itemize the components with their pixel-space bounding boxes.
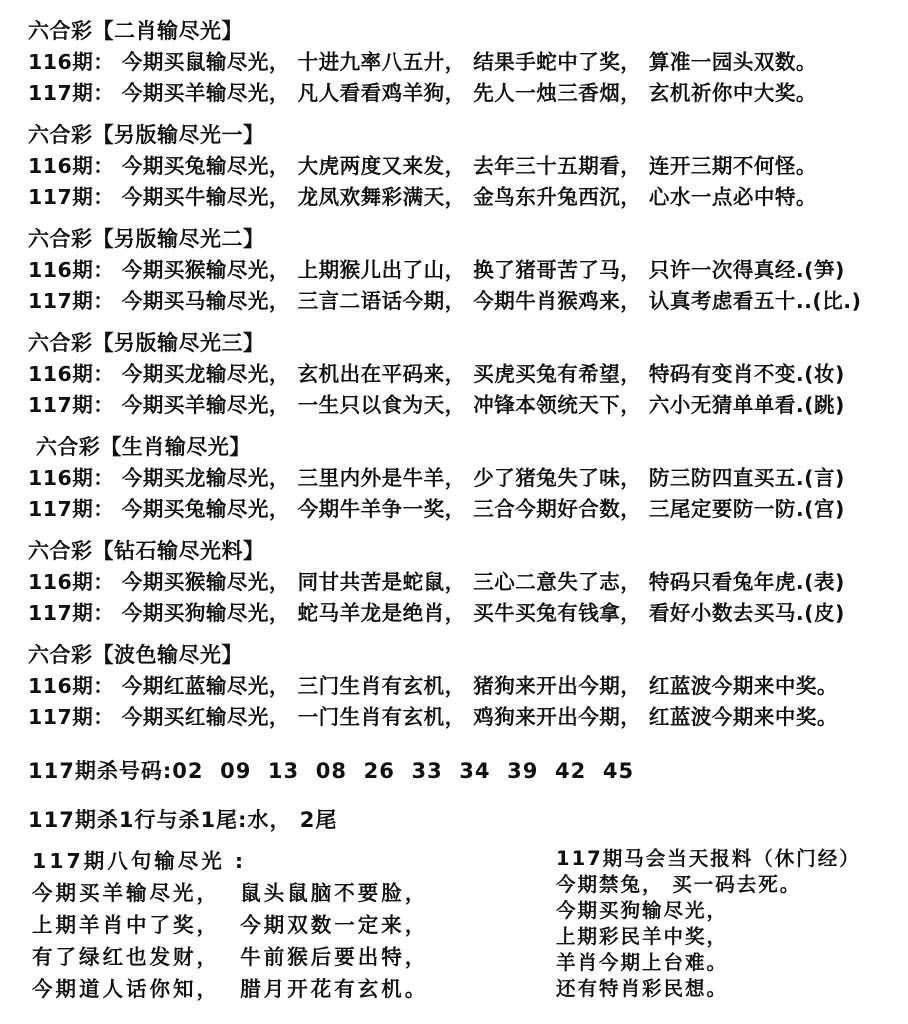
section: 六合彩【另版输尽光二】116期： 今期买猴输尽光， 上期猴儿出了山， 换了猪哥苦… [28,224,898,317]
section-header: 六合彩【生肖输尽光】 [28,432,898,463]
section: 六合彩【另版输尽光一】116期： 今期买兔输尽光， 大虎两度又来发， 去年三十五… [28,120,898,213]
verse-line: 117期： 今期买羊输尽光， 凡人看看鸡羊狗， 先人一烛三香烟， 玄机祈你中大奖… [28,78,898,109]
section: 六合彩【钻石输尽光料】116期： 今期买猴输尽光， 同甘共苦是蛇鼠， 三心二意失… [28,536,898,629]
section-header: 六合彩【另版输尽光三】 [28,328,898,359]
daily-report-lines: 今期禁兔， 买一码去死。今期买狗输尽光，上期彩民羊中奖，羊肖今期上台难。还有特肖… [556,872,906,1002]
eight-verse-block: 117期八句输尽光 : 今期买羊输尽光， 鼠头鼠脑不要脸，上期羊肖中了奖， 今期… [32,845,502,1005]
eight-verse-line: 上期羊肖中了奖， 今期双数一定来， [32,909,502,941]
verse-line: 116期： 今期买猴输尽光， 同甘共苦是蛇鼠， 三心二意失了志， 特码只看兔年虎… [28,567,898,598]
verse-line: 116期： 今期买龙输尽光， 玄机出在平码来， 买虎买兔有希望， 特码有变肖不变… [28,359,898,390]
sections-container: 六合彩【二肖输尽光】116期： 今期买鼠输尽光， 十进九率八五廾， 结果手蛇中了… [28,16,898,744]
daily-report-line: 今期禁兔， 买一码去死。 [556,872,906,898]
eight-verse-title: 117期八句输尽光 : [32,845,502,877]
daily-report-line: 上期彩民羊中奖， [556,924,906,950]
verse-line: 117期： 今期买马输尽光， 三言二语话今期， 今期牛肖猴鸡来， 认真考虑看五十… [28,286,898,317]
section: 六合彩【波色输尽光】116期： 今期红蓝输尽光， 三门生肖有玄机， 猪狗来开出今… [28,640,898,733]
section-header: 六合彩【另版输尽光二】 [28,224,898,255]
section: 六合彩【二肖输尽光】116期： 今期买鼠输尽光， 十进九率八五廾， 结果手蛇中了… [28,16,898,109]
eight-verse-line: 有了绿红也发财， 牛前猴后要出特， [32,941,502,973]
section: 六合彩【生肖输尽光】116期： 今期买龙输尽光， 三里内外是牛羊， 少了猪兔失了… [28,432,898,525]
daily-report-line: 今期买狗输尽光， [556,898,906,924]
section-header: 六合彩【二肖输尽光】 [28,16,898,47]
verse-line: 116期： 今期买鼠输尽光， 十进九率八五廾， 结果手蛇中了奖， 算准一园头双数… [28,47,898,78]
lottery-tips-page: 六合彩【二肖输尽光】116期： 今期买鼠输尽光， 十进九率八五廾， 结果手蛇中了… [0,0,908,1024]
verse-line: 116期： 今期红蓝输尽光， 三门生肖有玄机， 猪狗来开出今期， 红蓝波今期来中… [28,671,898,702]
eight-verse-line: 今期道人话你知， 腊月开花有玄机。 [32,973,502,1005]
verse-line: 117期： 今期买狗输尽光， 蛇马羊龙是绝肖， 买牛买兔有钱拿， 看好小数去买马… [28,598,898,629]
section: 六合彩【另版输尽光三】116期： 今期买龙输尽光， 玄机出在平码来， 买虎买兔有… [28,328,898,421]
verse-line: 117期： 今期买牛输尽光， 龙凤欢舞彩满天， 金鸟东升兔西沉， 心水一点必中特… [28,182,898,213]
kill-row-tail-line: 117期杀1行与杀1尾:水， 2尾 [28,804,337,834]
daily-report-line: 还有特肖彩民想。 [556,976,906,1002]
section-header: 六合彩【另版输尽光一】 [28,120,898,151]
verse-line: 116期： 今期买龙输尽光， 三里内外是牛羊， 少了猪兔失了味， 防三防四直买五… [28,463,898,494]
verse-line: 116期： 今期买猴输尽光， 上期猴儿出了山， 换了猪哥苦了马， 只许一次得真经… [28,255,898,286]
daily-report-block: 117期马会当天报料（休门经） 今期禁兔， 买一码去死。今期买狗输尽光，上期彩民… [556,846,906,1002]
section-header: 六合彩【波色输尽光】 [28,640,898,671]
eight-verse-line: 今期买羊输尽光， 鼠头鼠脑不要脸， [32,877,502,909]
verse-line: 117期： 今期买兔输尽光， 今期牛羊争一奖， 三合今期好合数， 三尾定要防一防… [28,494,898,525]
verse-line: 117期： 今期买红输尽光， 一门生肖有玄机， 鸡狗来开出今期， 红蓝波今期来中… [28,702,898,733]
verse-line: 116期： 今期买兔输尽光， 大虎两度又来发， 去年三十五期看， 连开三期不何怪… [28,151,898,182]
kill-numbers-line: 117期杀号码:02 09 13 08 26 33 34 39 42 45 [28,755,634,785]
section-header: 六合彩【钻石输尽光料】 [28,536,898,567]
verse-line: 117期： 今期买羊输尽光， 一生只以食为天， 冲锋本领统天下， 六小无猜单单看… [28,390,898,421]
daily-report-title: 117期马会当天报料（休门经） [556,846,906,872]
eight-verse-lines: 今期买羊输尽光， 鼠头鼠脑不要脸，上期羊肖中了奖， 今期双数一定来，有了绿红也发… [32,877,502,1005]
daily-report-line: 羊肖今期上台难。 [556,950,906,976]
